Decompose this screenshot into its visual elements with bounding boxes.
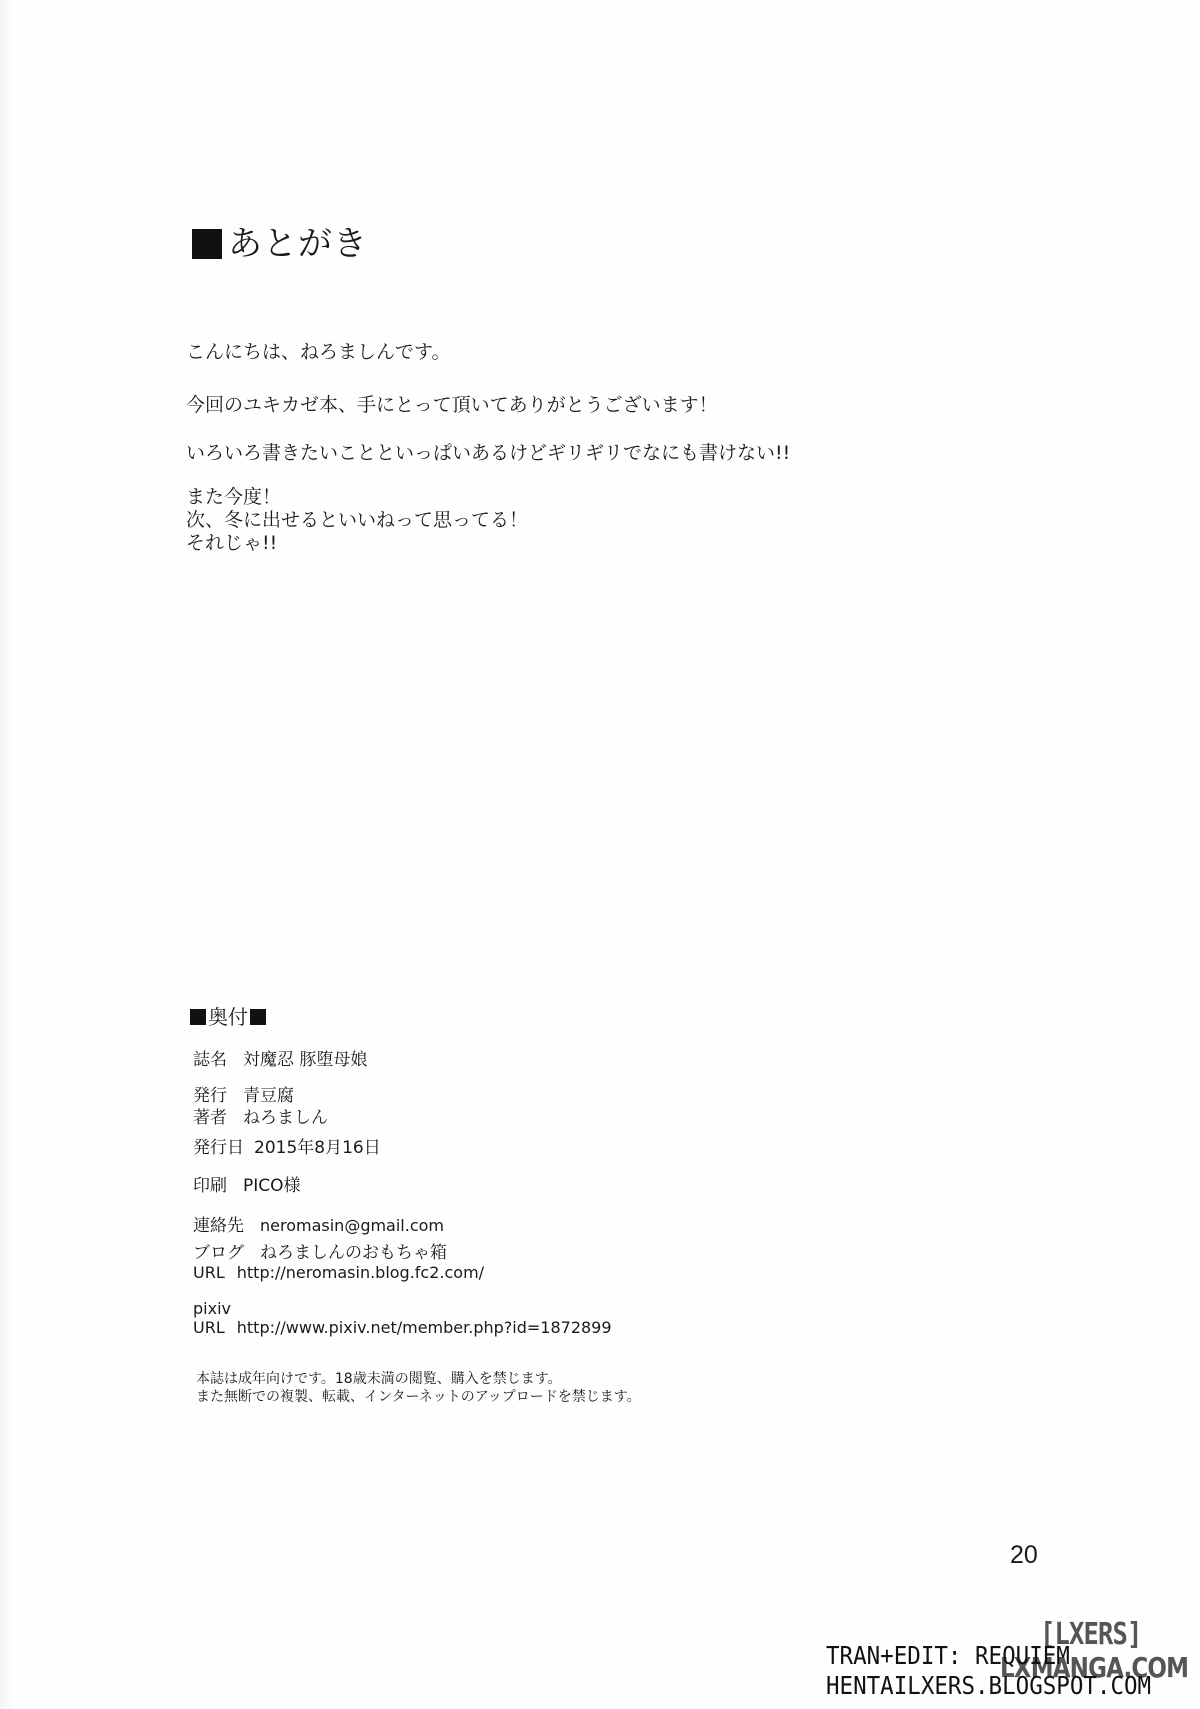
contact-email[interactable]: neromasin@gmail.com xyxy=(260,1216,444,1235)
pixiv-url-link[interactable]: http://www.pixiv.net/member.php?id=18728… xyxy=(237,1318,612,1337)
afterword-heading: あとがき xyxy=(192,222,368,266)
colophon-row-printer: 印刷PICO様 xyxy=(193,1175,301,1197)
colophon-row-blog-url: URLhttp://neromasin.blog.fc2.com/ xyxy=(193,1262,484,1284)
colophon-row-contact: 連絡先neromasin@gmail.com xyxy=(193,1215,444,1237)
colophon-value: PICO様 xyxy=(243,1176,301,1196)
colophon-row-blog: ブログねろましんのおもちゃ箱 xyxy=(193,1242,447,1264)
colophon-label: ブログ xyxy=(193,1242,244,1264)
colophon-value: ねろましん xyxy=(243,1108,328,1128)
disclaimer: 本誌は成年向けです。18歳未満の閲覧、購入を禁じます。 また無断での複製、転載、… xyxy=(196,1370,641,1406)
afterword-line: 今回のユキカゼ本、手にとって頂いてありがとうございます！ xyxy=(186,394,718,417)
colophon-value: 2015年8月16日 xyxy=(254,1138,381,1158)
colophon-label: 著者 xyxy=(193,1107,227,1129)
afterword-heading-text: あとがき xyxy=(228,222,368,266)
afterword-line: いろいろ書きたいことといっぱいあるけどギリギリでなにも書けない!! xyxy=(186,442,790,465)
colophon-heading: 奥付 xyxy=(188,1004,268,1030)
black-square-icon xyxy=(250,1009,266,1025)
scan-edge-shadow xyxy=(0,0,14,1709)
page-number: 20 xyxy=(1010,1540,1038,1570)
colophon-label: 発行日 xyxy=(193,1137,244,1159)
colophon-row-author: 著者ねろましん xyxy=(193,1107,328,1129)
colophon-value: ねろましんのおもちゃ箱 xyxy=(260,1243,447,1263)
credit-translation: TRAN+EDIT: REQUIEM xyxy=(826,1643,1070,1669)
colophon-heading-text: 奥付 xyxy=(208,1004,248,1030)
manga-page: あとがき こんにちは、ねろましんです。 今回のユキカゼ本、手にとって頂いてありが… xyxy=(0,0,1200,1709)
colophon-label: 誌名 xyxy=(193,1049,227,1071)
colophon-label: 印刷 xyxy=(193,1175,227,1197)
colophon-label: URL xyxy=(193,1317,225,1339)
disclaimer-line: また無断での複製、転載、インターネットのアップロードを禁じます。 xyxy=(196,1388,641,1406)
afterword-line: こんにちは、ねろましんです。 xyxy=(186,341,450,364)
black-square-icon xyxy=(192,229,222,259)
colophon-value: 対魔忍 豚堕母娘 xyxy=(243,1050,367,1070)
credit-site: HENTAILXERS.BLOGSPOT.COM xyxy=(826,1673,1151,1699)
colophon-label: 連絡先 xyxy=(193,1215,244,1237)
colophon-label: URL xyxy=(193,1262,225,1284)
disclaimer-line: 本誌は成年向けです。18歳未満の閲覧、購入を禁じます。 xyxy=(196,1370,641,1388)
black-square-icon xyxy=(190,1009,206,1025)
colophon-row-pixiv-url: URLhttp://www.pixiv.net/member.php?id=18… xyxy=(193,1317,612,1339)
blog-url-link[interactable]: http://neromasin.blog.fc2.com/ xyxy=(237,1263,484,1282)
afterword-line: 次、冬に出せるといいねって思ってる！ xyxy=(186,509,528,532)
colophon-row-title: 誌名対魔忍 豚堕母娘 xyxy=(193,1049,367,1071)
colophon-row-publisher: 発行青豆腐 xyxy=(193,1085,294,1107)
afterword-line: また今度！ xyxy=(186,486,281,509)
colophon-row-date: 発行日2015年8月16日 xyxy=(193,1137,381,1159)
colophon-label: 発行 xyxy=(193,1085,227,1107)
colophon-value: 青豆腐 xyxy=(243,1086,294,1106)
afterword-line: それじゃ!! xyxy=(186,532,277,555)
